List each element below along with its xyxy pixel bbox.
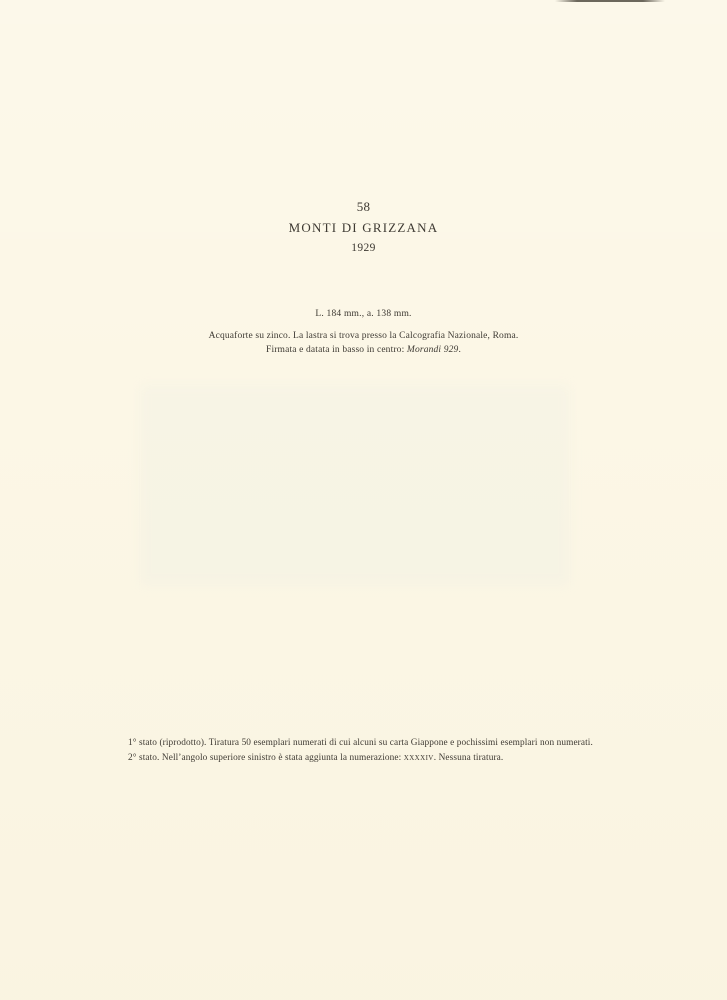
plate-show-through xyxy=(140,385,570,585)
plate-signature: Firmata e datata in basso in centro: Mor… xyxy=(0,345,727,355)
signature-suffix: . xyxy=(458,345,461,355)
plate-title: MONTI DI GRIZZANA xyxy=(0,220,727,236)
states-notes: 1° stato (riprodotto). Tiratura 50 esemp… xyxy=(128,736,608,766)
signature-italic: Morandi 929 xyxy=(407,345,459,355)
state-2: 2° stato. Nell’angolo superiore sinistro… xyxy=(128,751,608,766)
plate-year: 1929 xyxy=(0,242,727,254)
plate-number: 58 xyxy=(0,199,727,215)
state-1: 1° stato (riprodotto). Tiratura 50 esemp… xyxy=(128,736,608,751)
scan-edge-shadow xyxy=(555,0,665,2)
plate-dimensions: L. 184 mm., a. 138 mm. xyxy=(0,309,727,319)
plate-technique: Acquaforte su zinco. La lastra si trova … xyxy=(0,331,727,341)
state-2-prefix: 2° stato. Nell’angolo superiore sinistro… xyxy=(128,753,404,763)
signature-prefix: Firmata e datata in basso in centro: xyxy=(266,345,407,355)
state-2-numbering: xxxxiv xyxy=(404,753,434,763)
state-2-suffix: . Nessuna tiratura. xyxy=(434,753,504,763)
